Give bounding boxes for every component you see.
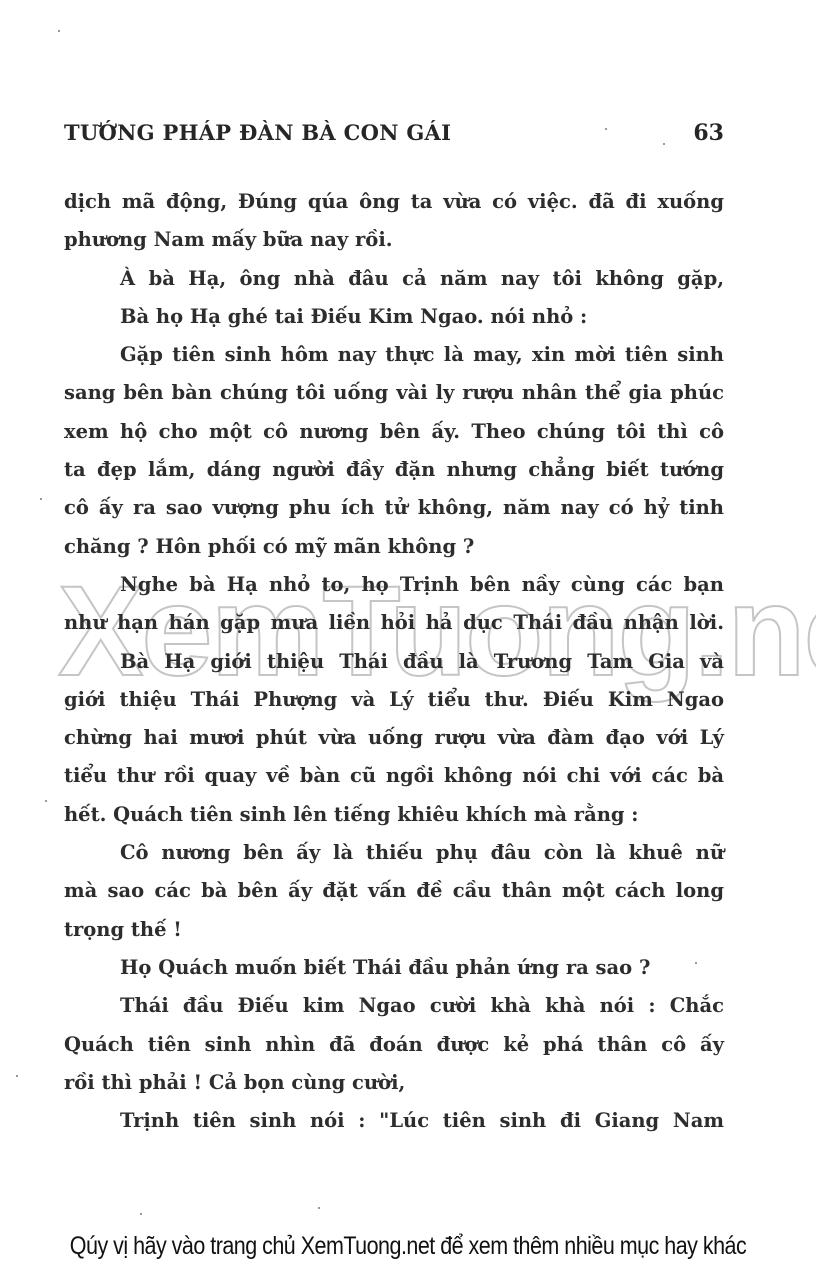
text-line: Bà Hạ giới thiệu Thái đầu là Trương Tam …	[64, 643, 724, 681]
text-line: dịch mã động, Đúng qúa ông ta vừa có việ…	[64, 183, 724, 221]
text-line: À bà Hạ, ông nhà đâu cả năm nay tôi khôn…	[64, 260, 724, 298]
footer-caption: Qúy vị hãy vào trang chủ XemTuong.net để…	[57, 1232, 759, 1261]
text-line: Họ Quách muốn biết Thái đầu phản ứng ra …	[64, 949, 724, 987]
text-line: như hạn hán gặp mưa liền hỏi hả dục Thái…	[64, 604, 724, 642]
running-title: TƯỚNG PHÁP ĐÀN BÀ CON GÁI	[64, 120, 451, 145]
text-line: Bà họ Hạ ghé tai Điếu Kim Ngao. nói nhỏ …	[64, 298, 724, 336]
text-line: mà sao các bà bên ấy đặt vấn đề cầu thân…	[64, 872, 724, 910]
text-line: giới thiệu Thái Phượng và Lý tiểu thư. Đ…	[64, 681, 724, 719]
scan-speck	[663, 143, 665, 145]
page-number: 63	[693, 120, 724, 146]
text-line: trọng thế !	[64, 911, 724, 949]
body-text: dịch mã động, Đúng qúa ông ta vừa có việ…	[64, 183, 724, 1140]
scan-speck	[40, 498, 42, 500]
running-head: TƯỚNG PHÁP ĐÀN BÀ CON GÁI 63	[64, 120, 724, 150]
scan-speck	[58, 30, 60, 32]
scan-speck	[16, 1075, 18, 1077]
text-line: phương Nam mấy bữa nay rồi.	[64, 221, 724, 259]
text-line: Trịnh tiên sinh nói : "Lúc tiên sinh đi …	[64, 1102, 724, 1140]
text-line: chăng ? Hôn phối có mỹ mãn không ?	[64, 528, 724, 566]
book-page: TƯỚNG PHÁP ĐÀN BÀ CON GÁI 63 XemTuong.ne…	[0, 0, 816, 1277]
text-line: ta đẹp lắm, dáng người đầy đặn nhưng chẳ…	[64, 451, 724, 489]
text-line: cô ấy ra sao vượng phu ích tử không, năm…	[64, 489, 724, 527]
text-line: chừng hai mươi phút vừa uống rượu vừa đà…	[64, 719, 724, 757]
scan-speck	[318, 1207, 320, 1209]
text-line: Nghe bà Hạ nhỏ to, họ Trịnh bên nầy cùng…	[64, 566, 724, 604]
text-line: Cô nương bên ấy là thiếu phụ đâu còn là …	[64, 834, 724, 872]
text-line: tiểu thư rồi quay về bàn cũ ngồi không n…	[64, 757, 724, 795]
text-line: hết. Quách tiên sinh lên tiếng khiêu khí…	[64, 796, 724, 834]
scan-speck	[140, 1213, 142, 1215]
scan-speck	[45, 800, 47, 802]
text-line: Thái đầu Điếu kim Ngao cười khà khà nói …	[64, 987, 724, 1025]
text-line: xem hộ cho một cô nương bên ấy. Theo chú…	[64, 413, 724, 451]
text-line: rồi thì phải ! Cả bọn cùng cười,	[64, 1064, 724, 1102]
text-line: Gặp tiên sinh hôm nay thực là may, xin m…	[64, 336, 724, 374]
text-line: Quách tiên sinh nhìn đã đoán được kẻ phá…	[64, 1026, 724, 1064]
text-line: sang bên bàn chúng tôi uống vài ly rượu …	[64, 374, 724, 412]
scan-speck	[605, 128, 607, 130]
